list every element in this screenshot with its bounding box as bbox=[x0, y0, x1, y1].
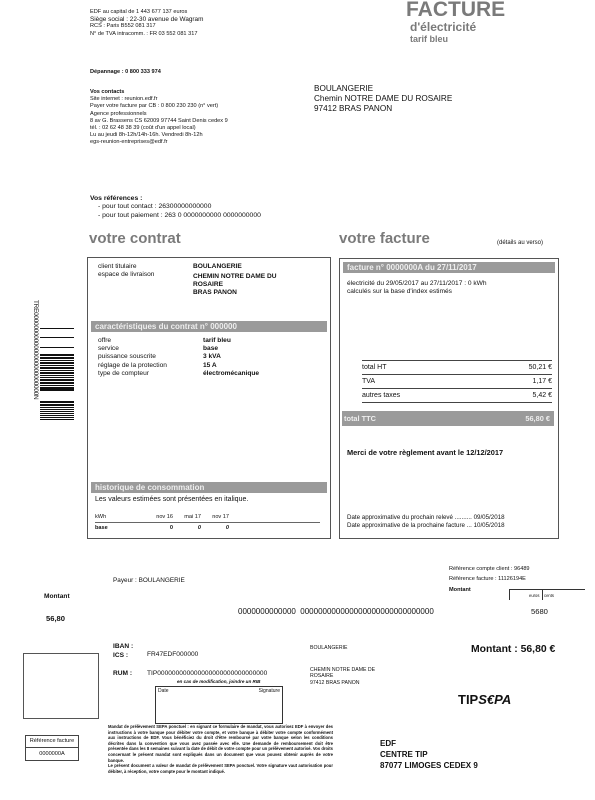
edf-address-line: EDF bbox=[380, 738, 478, 749]
characteristic-label: service bbox=[98, 345, 203, 353]
history-note: Les valeurs estimées sont présentées en … bbox=[95, 496, 248, 503]
consumption-basis: calculés sur la base d'index estimés bbox=[347, 288, 487, 296]
delivery-line: CHEMIN NOTRE DAME DU bbox=[193, 273, 277, 281]
totals-table: total HT50,21 €TVA1,17 €autres taxes5,42… bbox=[362, 360, 552, 403]
mandate-paragraph: Le présent document a valeur de mandat d… bbox=[108, 763, 333, 774]
breakdown-phone: Dépannage : 0 800 333 974 bbox=[90, 69, 161, 76]
total-ttc-bar: total TTC 56,80 € bbox=[342, 411, 554, 426]
history-table: kWh nov 16 mai 17 nov 17 base 0 0 0 bbox=[95, 514, 320, 531]
reference-payment: - pour tout paiement : 263 0 0000000000 … bbox=[90, 212, 261, 220]
bank-labels: IBAN : ICS : bbox=[113, 642, 133, 660]
history-row-base: base 0 0 0 bbox=[95, 523, 320, 531]
delivery-line: ROSAIRE bbox=[193, 281, 277, 289]
mandate-paragraph: Mandat de prélèvement SEPA ponctuel : en… bbox=[108, 724, 333, 763]
document-subtitle: d'électricité bbox=[410, 20, 476, 34]
euros-cents-box: euros cents bbox=[509, 589, 585, 600]
history-value: 0 bbox=[145, 525, 173, 531]
debtor-address: CHEMIN NOTRE DAME DE ROSAIRE 97412 BRAS … bbox=[310, 667, 375, 686]
contract-box: client titulaire espace de livraison BOU… bbox=[87, 257, 331, 539]
next-dates: Date approximative du prochain relevé ..… bbox=[347, 514, 505, 531]
total-label: autres taxes bbox=[362, 389, 400, 402]
contact-address: 8 av G. Brassens CS 62009 97744 Saint De… bbox=[90, 118, 228, 125]
total-value: 50,21 € bbox=[529, 361, 552, 374]
invoice-ref-text: Référence facture : 11126194E bbox=[449, 576, 526, 582]
recipient-address: BOULANGERIE Chemin NOTRE DAME DU ROSAIRE… bbox=[314, 84, 452, 114]
rib-note: en cas de modification, joindre un RIB bbox=[177, 679, 260, 684]
total-row: total HT50,21 € bbox=[362, 361, 552, 375]
stamp-box bbox=[23, 653, 99, 719]
history-period: nov 16 bbox=[145, 514, 173, 520]
contact-email[interactable]: egs-reunion-entreprises@edf.fr bbox=[90, 139, 228, 146]
rum-value: TIP000000000000000000000000000000 bbox=[147, 670, 267, 677]
payment-due-note: Merci de votre règlement avant le 12/12/… bbox=[347, 448, 503, 457]
contact-phone: tél. : 02 62 48 38 39 (coût d'un appel l… bbox=[90, 125, 228, 132]
vertical-barcode-text: TRE0000000000000000000000000N bbox=[30, 300, 40, 440]
invoice-section-title: votre facture bbox=[339, 230, 430, 247]
characteristic-value: électromécanique bbox=[203, 370, 259, 378]
references-heading: Vos références : bbox=[90, 195, 261, 203]
total-row: TVA1,17 € bbox=[362, 375, 552, 389]
edf-address-line: CENTRE TIP bbox=[380, 749, 478, 760]
signature-box[interactable]: Date Signature bbox=[155, 686, 283, 724]
characteristic-value: base bbox=[203, 345, 259, 353]
history-unit: kWh bbox=[95, 514, 145, 520]
signature-label: Signature bbox=[259, 688, 280, 694]
tip-sepa-logo: TIPS€PA bbox=[458, 692, 511, 707]
edf-address-line: 87077 LIMOGES CEDEX 9 bbox=[380, 760, 478, 771]
history-bar: historique de consommation bbox=[91, 482, 327, 493]
reference-contact: - pour tout contact : 26300000000000 bbox=[90, 203, 261, 211]
total-row: autres taxes5,42 € bbox=[362, 389, 552, 403]
slip-total-amount: Montant : 56,80 € bbox=[471, 644, 555, 655]
delivery-line: BRAS PANON bbox=[193, 289, 277, 297]
debtor-line: 97412 BRAS PANON bbox=[310, 680, 375, 686]
characteristic-label: réglage de la protection bbox=[98, 362, 203, 370]
company-rcs: RCS : Paris B552 081 317 bbox=[90, 23, 203, 30]
tariff-label: tarif bleu bbox=[410, 34, 448, 44]
company-info: EDF au capital de 1 443 677 137 euros Si… bbox=[90, 9, 203, 38]
consumption-info: électricité du 29/05/2017 au 27/11/2017 … bbox=[347, 280, 487, 297]
total-value: 1,17 € bbox=[533, 375, 552, 388]
recipient-name: BOULANGERIE bbox=[314, 84, 452, 94]
characteristic-row: servicebase bbox=[98, 345, 259, 353]
ref-box-label: Référence facture bbox=[26, 736, 78, 748]
debtor-name: BOULANGERIE bbox=[310, 645, 347, 651]
ics-label: ICS : bbox=[113, 651, 133, 660]
date-label: Date bbox=[158, 688, 169, 694]
consumption-period: électricité du 29/05/2017 au 27/11/2017 … bbox=[347, 280, 487, 288]
document-title: FACTURE bbox=[406, 0, 505, 22]
contact-website[interactable]: Site internet : reunion.edf.fr bbox=[90, 96, 228, 103]
client-account-ref: Référence compte client : 96489 bbox=[449, 566, 530, 572]
characteristics-list: offretarif bleuservicebasepuissance sous… bbox=[98, 337, 259, 378]
client-labels: client titulaire espace de livraison bbox=[98, 263, 154, 279]
payment-code-line: 0000000000000 00000000000000000000000000… bbox=[238, 607, 434, 616]
characteristic-label: puissance souscrite bbox=[98, 353, 203, 361]
postal-barcode bbox=[40, 328, 74, 421]
ref-box-value: 0000000A bbox=[26, 748, 78, 760]
total-ttc-label: total TTC bbox=[342, 411, 376, 426]
next-invoice-date: Date approximative de la prochaine factu… bbox=[347, 522, 505, 530]
client-account-ref-text: Référence compte client : 96489 bbox=[449, 566, 530, 572]
characteristic-label: offre bbox=[98, 337, 203, 345]
characteristic-row: réglage de la protection15 A bbox=[98, 362, 259, 370]
amount-code: 5680 bbox=[531, 607, 548, 616]
contract-section-title: votre contrat bbox=[89, 230, 181, 247]
sepa-mandate-text: Mandat de prélèvement SEPA ponctuel : en… bbox=[108, 724, 333, 774]
company-capital: EDF au capital de 1 443 677 137 euros bbox=[90, 9, 203, 16]
contact-card-payment: Payer votre facture par CB : 0 800 230 2… bbox=[90, 103, 228, 110]
contacts-block: Vos contacts Site internet : reunion.edf… bbox=[90, 89, 228, 147]
characteristic-row: type de compteurélectromécanique bbox=[98, 370, 259, 378]
references-block: Vos références : - pour tout contact : 2… bbox=[90, 195, 261, 220]
characteristic-label: type de compteur bbox=[98, 370, 203, 378]
company-vat: N° de TVA intracomm. : FR 03 552 081 317 bbox=[90, 31, 203, 38]
history-row-label: base bbox=[95, 525, 145, 531]
delivery-label: espace de livraison bbox=[98, 271, 154, 279]
details-note: (détails au verso) bbox=[497, 240, 543, 246]
company-seat: Siège social : 22-30 avenue de Wagram bbox=[90, 16, 203, 23]
next-reading-date: Date approximative du prochain relevé ..… bbox=[347, 514, 505, 522]
history-period: nov 17 bbox=[201, 514, 229, 520]
cents-label: cents bbox=[544, 593, 554, 598]
characteristic-value: 3 kVA bbox=[203, 353, 259, 361]
euros-label: euros bbox=[529, 593, 539, 598]
contacts-heading: Vos contacts bbox=[90, 89, 228, 96]
tip-logo: TIP bbox=[458, 692, 478, 707]
contact-hours: Lu au jeudi 8h-12h/14h-16h. Vendredi 8h-… bbox=[90, 132, 228, 139]
total-value: 5,42 € bbox=[533, 389, 552, 402]
contact-agency: Agence professionnels bbox=[90, 111, 228, 118]
client-values: BOULANGERIE CHEMIN NOTRE DAME DU ROSAIRE… bbox=[193, 263, 277, 297]
history-header-row: kWh nov 16 mai 17 nov 17 bbox=[95, 514, 320, 523]
total-label: TVA bbox=[362, 375, 375, 388]
characteristic-value: 15 A bbox=[203, 362, 259, 370]
total-label: total HT bbox=[362, 361, 387, 374]
total-ttc-value: 56,80 € bbox=[525, 411, 554, 426]
iban-label: IBAN : bbox=[113, 642, 133, 651]
characteristic-value: tarif bleu bbox=[203, 337, 259, 345]
client-holder-value: BOULANGERIE bbox=[193, 263, 277, 271]
invoice-ref: Référence facture : 11126194E bbox=[449, 576, 526, 582]
invoice-number-bar: facture n° 0000000A du 27/11/2017 bbox=[343, 262, 555, 273]
invoice-ref-box: Référence facture 0000000A bbox=[25, 735, 79, 761]
history-period: mai 17 bbox=[173, 514, 201, 520]
recipient-street: Chemin NOTRE DAME DU ROSAIRE bbox=[314, 94, 452, 104]
payer-name: Payeur : BOULANGERIE bbox=[113, 577, 185, 584]
rum-label: RUM : bbox=[113, 670, 132, 677]
ics-value: FR47EDF000000 bbox=[147, 651, 198, 658]
slip-small-amount-label: Montant bbox=[449, 587, 471, 593]
invoice-box: facture n° 0000000A du 27/11/2017 électr… bbox=[339, 258, 559, 539]
edf-tip-address: EDF CENTRE TIP 87077 LIMOGES CEDEX 9 bbox=[380, 738, 478, 771]
slip-amount-label: Montant bbox=[44, 593, 70, 600]
characteristic-row: puissance souscrite3 kVA bbox=[98, 353, 259, 361]
history-value: 0 bbox=[173, 525, 201, 531]
client-holder-label: client titulaire bbox=[98, 263, 154, 271]
characteristic-row: offretarif bleu bbox=[98, 337, 259, 345]
recipient-city: 97412 BRAS PANON bbox=[314, 104, 452, 114]
barcode-text: TRE0000000000000000000000000N bbox=[32, 300, 39, 399]
sepa-logo: S€PA bbox=[478, 692, 511, 707]
characteristics-bar: caractéristiques du contrat n° 000000 bbox=[91, 321, 327, 332]
history-value: 0 bbox=[201, 525, 229, 531]
slip-amount-value: 56,80 bbox=[46, 614, 65, 623]
